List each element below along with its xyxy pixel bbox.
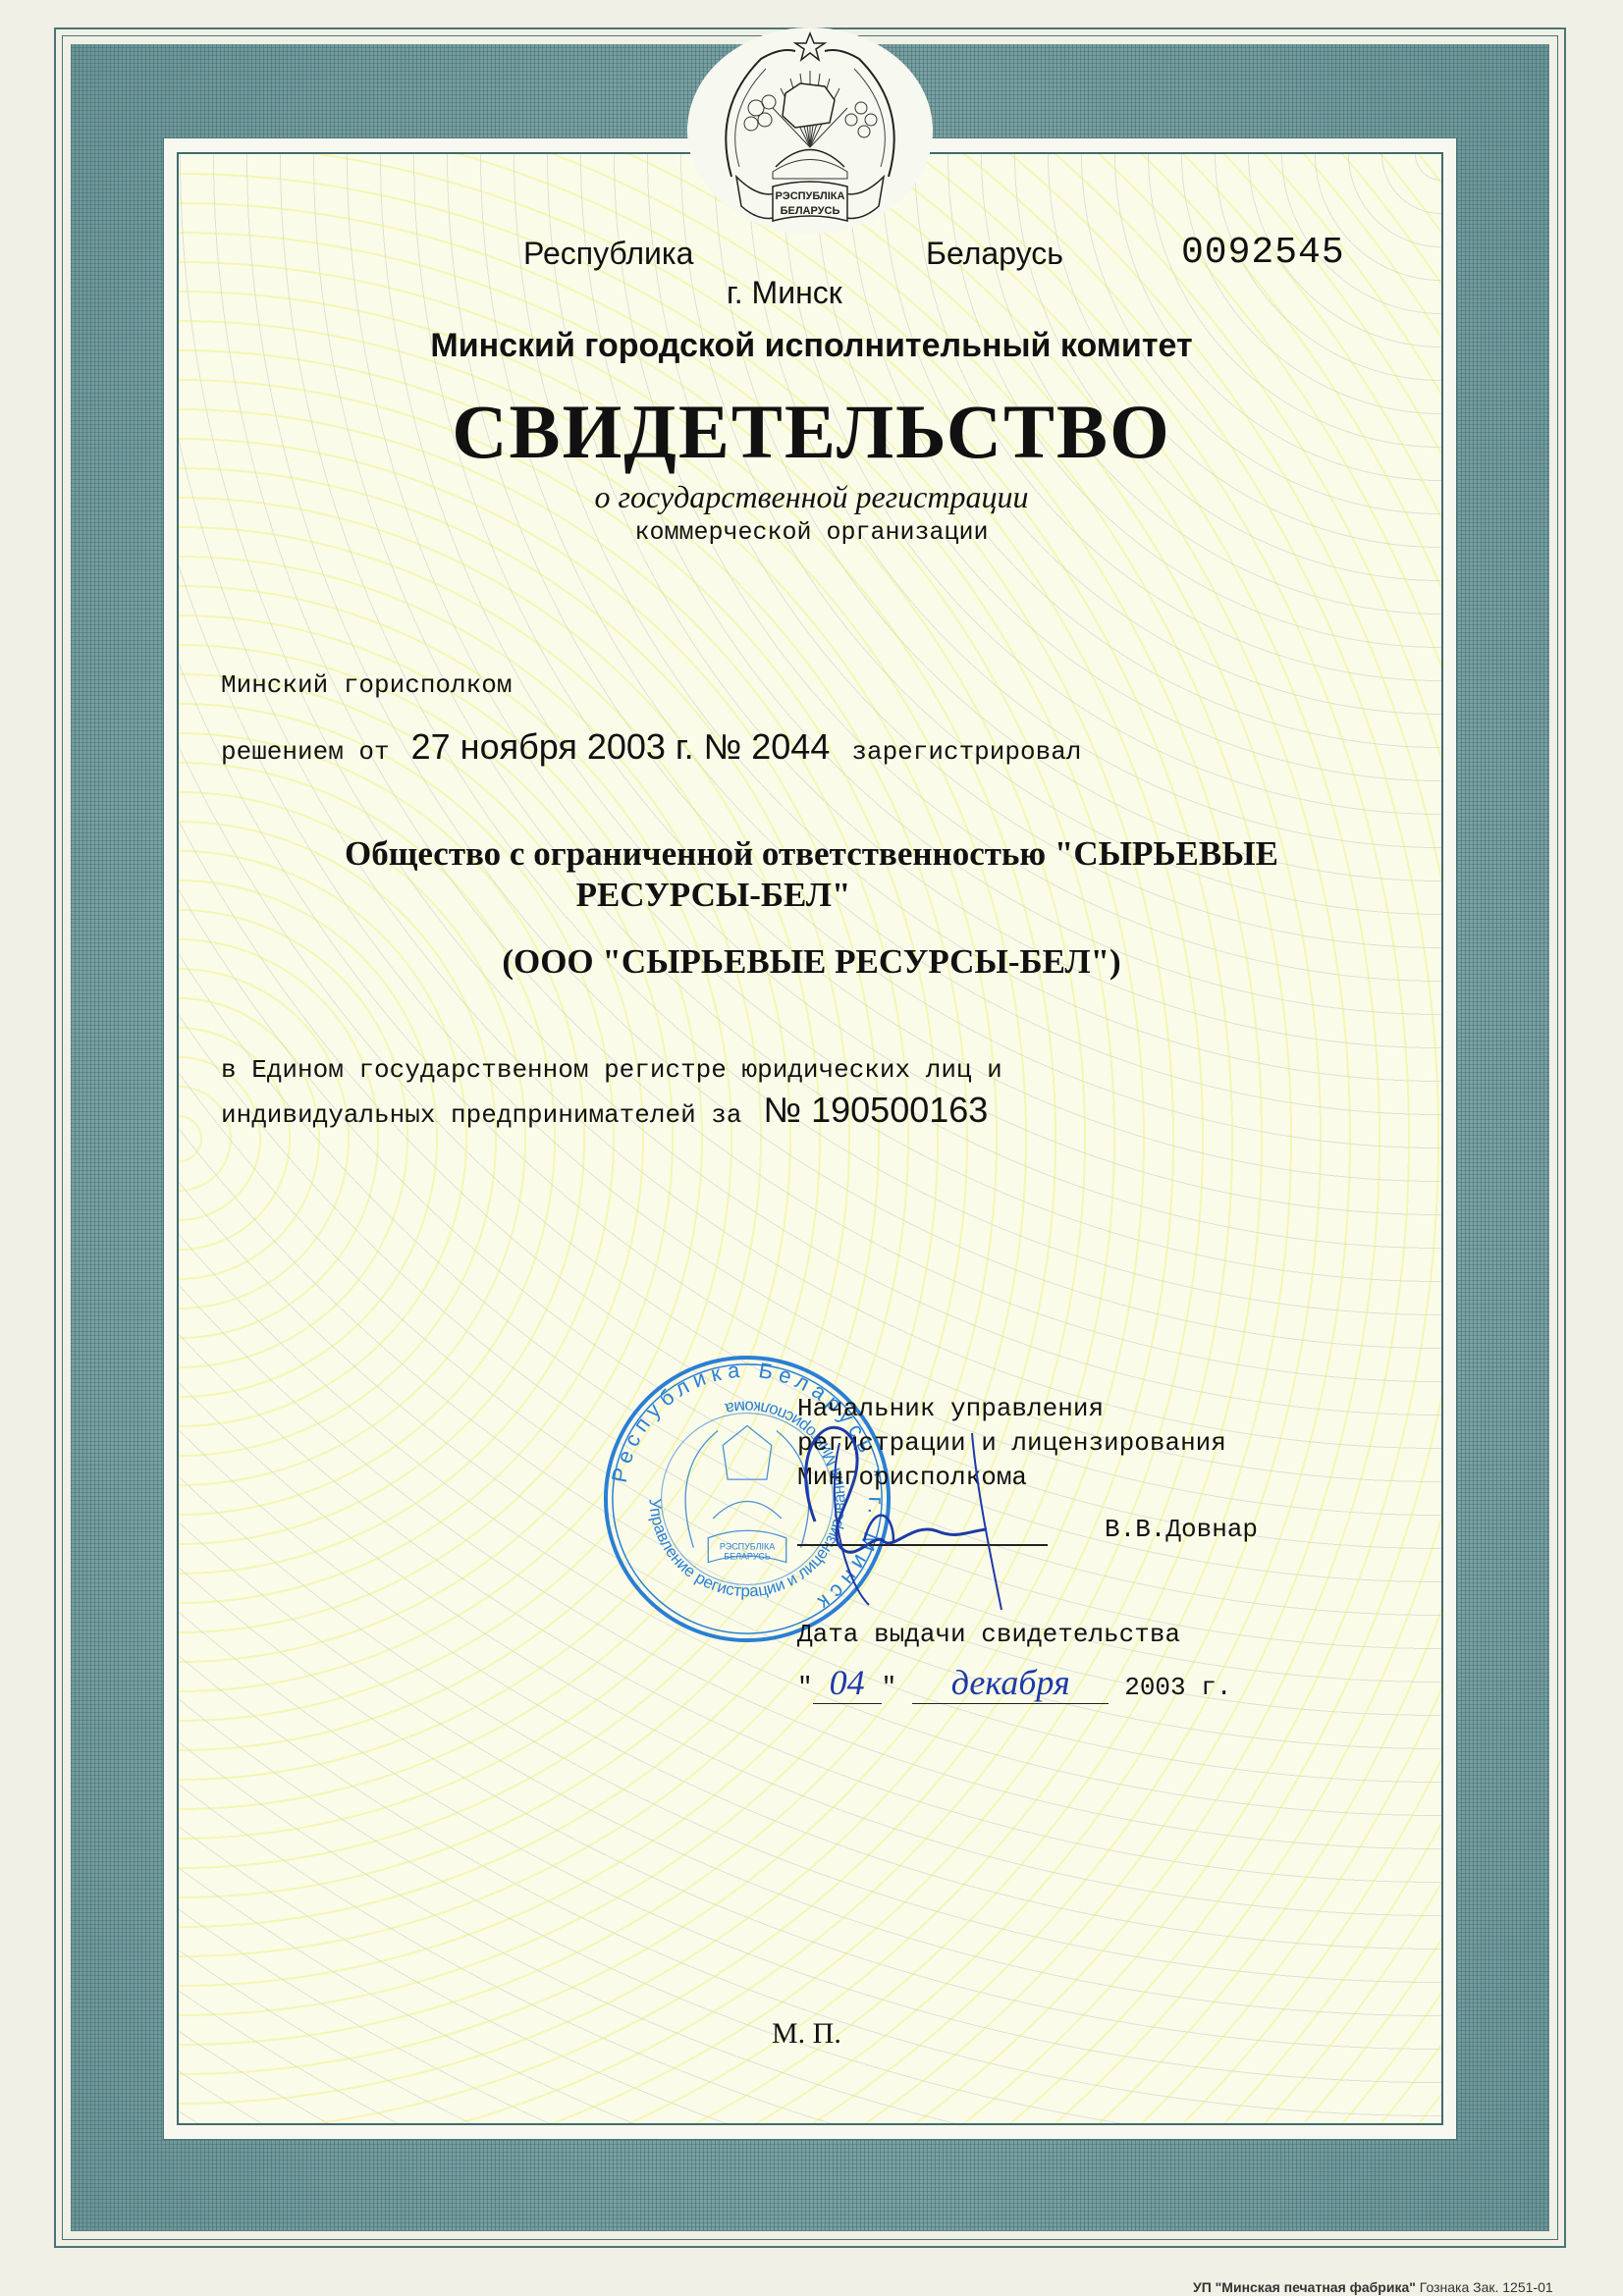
register-line2: индивидуальных предпринимателей за xyxy=(221,1100,742,1130)
quote-open: " xyxy=(797,1673,813,1702)
register-line1: в Едином государственном регистре юридич… xyxy=(221,1055,1002,1085)
issuing-authority: Минский городской исполнительный комитет xyxy=(0,327,1623,365)
decision-prefix: решением от xyxy=(221,737,390,767)
svg-text:РЭСПУБЛІКА: РЭСПУБЛІКА xyxy=(776,190,845,202)
registrar: Минский горисполком xyxy=(221,670,512,700)
state-emblem-icon: РЭСПУБЛІКА БЕЛАРУСЬ xyxy=(702,29,918,231)
issue-date-label: Дата выдачи свидетельства xyxy=(797,1620,1180,1649)
organization-name-line2: РЕСУРСЫ-БЕЛ" xyxy=(0,876,1525,915)
printer-footer: УП "Минская печатная фабрика" Гознака За… xyxy=(1193,2279,1553,2295)
document-subtitle-type: коммерческой организации xyxy=(0,518,1623,547)
register-line2-row: индивидуальных предпринимателей за № 190… xyxy=(221,1090,988,1131)
serial-number: 0092545 xyxy=(1181,232,1345,274)
svg-text:БЕЛАРУСЬ: БЕЛАРУСЬ xyxy=(781,205,840,217)
issue-month: декабря xyxy=(912,1662,1109,1704)
document-subtitle: о государственной регистрации xyxy=(0,479,1623,515)
signatory-name: В.В.Довнар xyxy=(1105,1515,1258,1544)
decision-line: решением от 27 ноября 2003 г. № 2044 зар… xyxy=(221,726,1081,768)
header-city: г. Минск xyxy=(727,275,842,311)
issue-year: 2003 г. xyxy=(1124,1673,1231,1702)
document-title: СВИДЕТЕЛЬСТВО xyxy=(0,388,1623,476)
quote-close: " xyxy=(882,1673,897,1702)
decision-suffix: зарегистрировал xyxy=(851,737,1081,767)
issue-date-row: " 04 " декабря 2003 г. xyxy=(797,1662,1231,1704)
issue-day: 04 xyxy=(813,1662,882,1704)
register-number: № 190500163 xyxy=(764,1090,989,1131)
signature-icon xyxy=(746,1384,1041,1649)
stamp-place-mark: М. П. xyxy=(772,2017,841,2051)
decision-date-number: 27 ноября 2003 г. № 2044 xyxy=(411,726,831,768)
printer-name: УП "Минская печатная фабрика" xyxy=(1193,2279,1416,2295)
header-country-left: Республика xyxy=(523,236,693,272)
organization-name-line1: Общество с ограниченной ответственностью… xyxy=(0,834,1623,874)
header-country-right: Беларусь xyxy=(926,236,1063,272)
organization-short-name: (ООО "СЫРЬЕВЫЕ РЕСУРСЫ-БЕЛ") xyxy=(0,942,1623,982)
printer-order: Гознака Зак. 1251-01 xyxy=(1420,2279,1553,2295)
